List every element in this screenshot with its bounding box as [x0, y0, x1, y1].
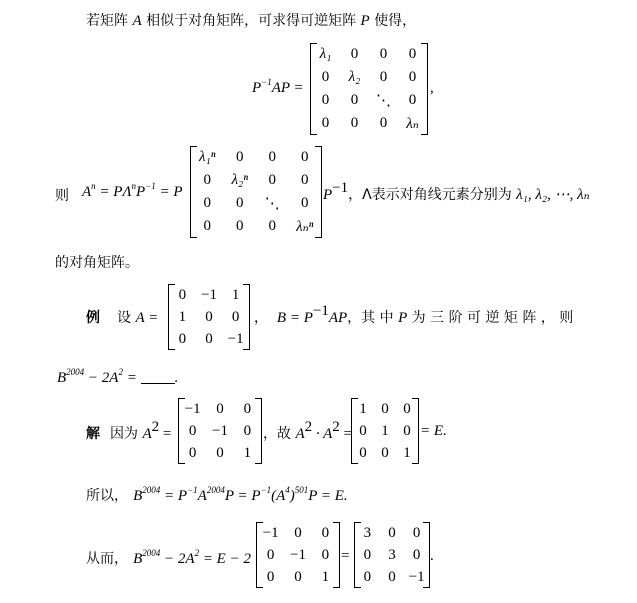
matrix-cell: 0: [216, 401, 224, 418]
matrix-cell: 1: [403, 445, 411, 462]
matrix-cell: 0: [301, 149, 309, 166]
matrix-cell: 0: [267, 547, 275, 564]
matrix-cell: 0: [267, 569, 275, 586]
text: ，故: [263, 426, 295, 442]
sup: 2: [152, 419, 160, 435]
matrix-cell: 1: [179, 309, 187, 326]
sup: −1: [332, 180, 348, 196]
matrix-cell: 0: [359, 445, 367, 462]
eq2-after: P−1，Λ表示对角线元素分别为 λ₁, λ₂, ⋯, λₙ: [323, 184, 590, 204]
var: A: [198, 488, 207, 504]
var: =: [123, 370, 141, 386]
diag-power-matrix: λ₁ⁿ0000λ₂ⁿ0000⋱0000λₙⁿ: [190, 146, 322, 238]
matrix-cell: 0: [244, 401, 252, 418]
var: = P: [156, 184, 183, 200]
var: AP =: [272, 80, 304, 96]
matrix-cell: 0: [364, 569, 372, 586]
identity-matrix: 100010001: [351, 398, 419, 464]
matrix-cell: 0: [380, 69, 388, 86]
eq2-prefix: 则: [55, 185, 69, 205]
matrix-cell: λ₁ⁿ: [199, 149, 215, 166]
sup: 2004: [142, 485, 160, 495]
matrix-cell: 3: [364, 525, 372, 542]
matrix-cell: ⋱: [376, 91, 391, 110]
diag-matrix: λ₁0000λ₂0000⋱0000λₙ: [310, 43, 428, 135]
matrix-cell: 0: [179, 287, 187, 304]
text: .: [175, 370, 179, 386]
matrix-cell: 1: [381, 423, 389, 440]
sup: −1: [261, 77, 272, 87]
matrix-cell: λ₂ⁿ: [232, 172, 248, 189]
matrix-cell: 0: [236, 218, 244, 235]
var-A: A: [132, 13, 141, 29]
text: 使得，: [370, 13, 416, 29]
matrix-cell: 0: [269, 172, 277, 189]
matrix-cell: 0: [388, 569, 396, 586]
var: A: [142, 426, 151, 442]
matrix-cell: λₙ: [406, 114, 419, 133]
matrix-A-squared-2: −1000−10001: [256, 522, 340, 588]
eq2-lhs: An = PΛnP−1 = P: [82, 184, 183, 201]
matrix-cell: 0: [409, 69, 417, 86]
solution-result: = E.: [420, 423, 447, 440]
result-matrix: 30003000−1: [354, 522, 430, 588]
var: P: [136, 184, 145, 200]
matrix-cell: 0: [409, 92, 417, 109]
var: B: [133, 551, 142, 567]
var: B: [57, 370, 66, 386]
sup: 2: [332, 419, 340, 435]
matrix-cell: 0: [381, 445, 389, 462]
matrix-grid: 30003000−1: [355, 522, 429, 588]
matrix-cell: 0: [294, 569, 302, 586]
var: P: [252, 80, 261, 96]
text: 因为: [110, 426, 142, 442]
var: AP: [329, 310, 347, 326]
matrix-cell: 0: [380, 46, 388, 63]
matrix-grid: λ₁0000λ₂0000⋱0000λₙ: [311, 43, 427, 135]
matrix-cell: 0: [301, 172, 309, 189]
solution-text: 因为 A2 =: [110, 423, 171, 443]
matrix-cell: 0: [359, 423, 367, 440]
matrix-cell: 0: [322, 525, 330, 542]
matrix-cell: −1: [409, 569, 425, 586]
eq1-comma: ,: [430, 80, 434, 97]
matrix-cell: 0: [322, 69, 330, 86]
matrix-cell: λₙⁿ: [296, 217, 313, 236]
var: =: [159, 426, 171, 442]
matrix-cell: 0: [351, 115, 359, 132]
matrix-grid: −1000−10001: [179, 398, 261, 464]
var: = P: [160, 488, 187, 504]
thus-eq: =: [341, 548, 349, 565]
var: A: [295, 426, 304, 442]
matrix-cell: 0: [409, 46, 417, 63]
matrix-cell: 1: [244, 445, 252, 462]
var: A =: [135, 310, 158, 326]
text: 从而，: [86, 551, 128, 567]
matrix-grid: −1000−10001: [257, 522, 339, 588]
example-label: 例: [86, 307, 100, 327]
var: P = P: [225, 488, 261, 504]
text: 相似于对角矩阵，可求得可逆矩阵: [142, 13, 361, 29]
sup: −1: [313, 303, 329, 319]
matrix-cell: 0: [269, 149, 277, 166]
matrix-cell: 0: [403, 423, 411, 440]
matrix-A-squared: −1000−10001: [178, 398, 262, 464]
matrix-cell: 0: [205, 331, 213, 348]
matrix-cell: −1: [185, 401, 201, 418]
matrix-cell: −1: [201, 287, 217, 304]
var: B = P: [277, 310, 313, 326]
sup: 2004: [207, 485, 225, 495]
matrix-cell: 0: [294, 525, 302, 542]
text: ，: [254, 310, 268, 326]
matrix-cell: −1: [263, 525, 279, 542]
matrix-cell: 1: [232, 287, 240, 304]
question: B2004 − 2A2 = .: [57, 370, 178, 387]
matrix-cell: 3: [388, 547, 396, 564]
matrix-A: 0−1110000−1: [168, 284, 250, 350]
matrix-cell: 0: [204, 218, 212, 235]
matrix-grid: 0−1110000−1: [169, 284, 249, 350]
intro-line: 若矩阵 A 相似于对角矩阵，可求得可逆矩阵 P 使得，: [86, 10, 416, 30]
var: B: [133, 488, 142, 504]
matrix-cell: 0: [269, 218, 277, 235]
text: 为 三 阶 可 逆 矩 阵 ， 则: [407, 310, 573, 326]
example-rest: ， B = P−1AP，其 中 P 为 三 阶 可 逆 矩 阵 ， 则: [254, 307, 573, 327]
matrix-cell: 0: [381, 401, 389, 418]
matrix-cell: 0: [179, 331, 187, 348]
var: P: [323, 187, 332, 203]
matrix-cell: 0: [351, 46, 359, 63]
matrix-cell: 0: [364, 547, 372, 564]
matrix-cell: −1: [228, 331, 244, 348]
example-text: 设 A =: [117, 307, 158, 327]
sup: −1: [187, 485, 198, 495]
answer-blank: [141, 371, 175, 384]
sup: 501: [295, 485, 309, 495]
var: P = E.: [308, 488, 347, 504]
matrix-cell: 0: [204, 195, 212, 212]
matrix-cell: 0: [189, 445, 197, 462]
text: 设: [117, 310, 135, 326]
matrix-cell: 0: [232, 309, 240, 326]
matrix-cell: 0: [388, 525, 396, 542]
matrix-cell: 0: [205, 309, 213, 326]
thus-line: 从而， B2004 − 2A2 = E − 2: [86, 548, 251, 568]
eq1-lhs: P−1AP =: [252, 80, 304, 97]
matrix-cell: 1: [359, 401, 367, 418]
matrix-cell: ⋱: [265, 194, 280, 213]
text: 所以，: [86, 488, 128, 504]
matrix-cell: 0: [204, 172, 212, 189]
thus-end: .: [430, 548, 434, 565]
continuation: 的对角矩阵。: [55, 252, 139, 272]
matrix-grid: λ₁ⁿ0000λ₂ⁿ0000⋱0000λₙⁿ: [191, 146, 321, 238]
so-line: 所以， B2004 = P−1A2004P = P−1(A4)501P = E.: [86, 485, 348, 505]
solution-rest: ，故 A2 · A2 =: [263, 423, 352, 443]
matrix-cell: λ₁: [320, 46, 332, 63]
matrix-cell: 0: [244, 423, 252, 440]
sup: 2: [305, 419, 313, 435]
sup: 2004: [66, 367, 84, 377]
matrix-cell: 0: [322, 115, 330, 132]
matrix-cell: 0: [189, 423, 197, 440]
matrix-cell: 0: [380, 115, 388, 132]
solution-label: 解: [86, 423, 100, 443]
matrix-cell: 0: [236, 149, 244, 166]
var: = E − 2: [199, 551, 251, 567]
var: (A: [271, 488, 285, 504]
matrix-cell: 0: [301, 195, 309, 212]
matrix-cell: −1: [212, 423, 228, 440]
matrix-cell: 0: [322, 547, 330, 564]
matrix-cell: λ₂: [349, 69, 361, 86]
text: ，其 中: [347, 310, 398, 326]
matrix-cell: −1: [290, 547, 306, 564]
var: A: [82, 184, 91, 200]
matrix-cell: 0: [351, 92, 359, 109]
lambda-list: λ₁, λ₂, ⋯, λₙ: [516, 187, 590, 203]
matrix-cell: 0: [403, 401, 411, 418]
matrix-cell: 0: [236, 195, 244, 212]
matrix-cell: 0: [413, 547, 421, 564]
matrix-cell: 0: [216, 445, 224, 462]
var: = PΛ: [96, 184, 132, 200]
var-P: P: [361, 13, 370, 29]
matrix-grid: 100010001: [352, 398, 418, 464]
var: − 2A: [84, 370, 118, 386]
sup: −1: [145, 181, 156, 191]
sup: 2004: [142, 548, 160, 558]
var: · A: [312, 426, 332, 442]
matrix-cell: 1: [322, 569, 330, 586]
matrix-cell: 0: [413, 525, 421, 542]
text: ，Λ表示对角线元素分别为: [348, 187, 516, 203]
var: − 2A: [160, 551, 194, 567]
sup: −1: [261, 485, 272, 495]
matrix-cell: 0: [322, 92, 330, 109]
var: P: [398, 310, 407, 326]
text: 若矩阵: [86, 13, 132, 29]
